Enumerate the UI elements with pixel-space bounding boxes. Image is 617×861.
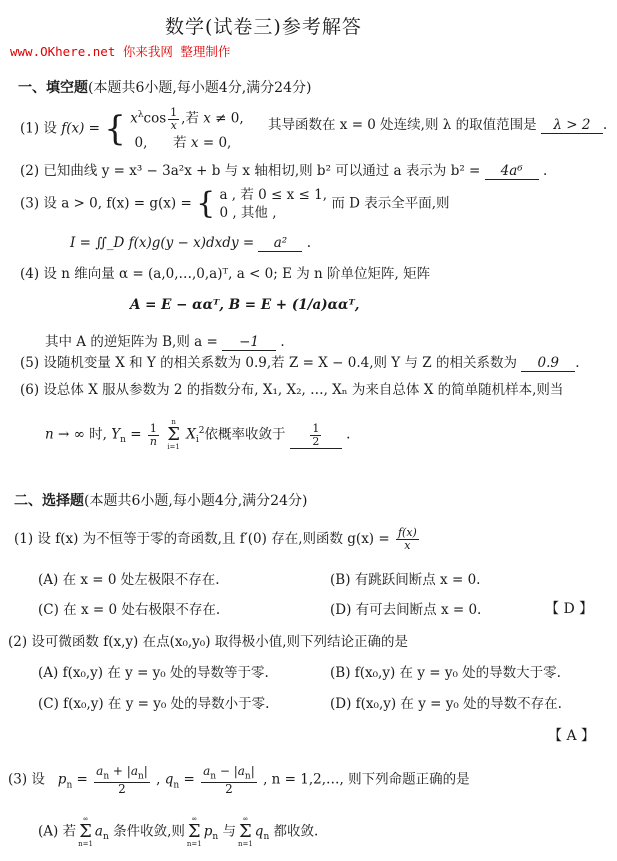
question-number: (2) [8,634,27,650]
answer-bracket: 【 A 】 [548,725,595,745]
choice-question-3: (3) 设 pn = an + |an|2 , qn = an − |an|2 … [8,765,470,795]
question-number: (4) [20,266,39,282]
fill-question-4-formula: A = E − ααᵀ, B = E + (1/a)ααᵀ, [130,297,359,313]
question-text: 已知曲线 y = x³ − 3a²x + b 与 x 轴相切,则 b² 可以通过… [43,163,480,179]
summation-icon: ∞Σn=1 [187,815,202,849]
page-title: 数学(试卷三)参考解答 [165,12,362,39]
question-number: (6) [20,382,39,398]
section2-title: 二、选择题 [14,493,84,509]
period: . [543,163,547,179]
question-text: 设总体 X 服从参数为 2 的指数分布, X₁, X₂, …, Xₙ 为来自总体… [43,382,563,398]
question-text: , n = 1,2,…, 则下列命题正确的是 [263,772,470,788]
question-text-2: 其中 A 的逆矩阵为 B,则 a = [45,334,218,350]
fill-question-6: (6) 设总体 X 服从参数为 2 的指数分布, X₁, X₂, …, Xₙ 为… [20,378,563,398]
question-text-2: 而 D 表示全平面,则 [331,196,449,212]
period: . [603,117,607,133]
choice-option-A: (A) 若∞Σn=1an 条件收敛,则∞Σn=1pn 与∞Σn=1qn 都收敛. [38,815,318,849]
answer-blank: 0.9 [521,355,575,372]
question-number: (3) [20,196,39,212]
case-2: 0 , 其他 , [219,204,327,222]
option-text: 在 x = 0 处右极限不存在. [63,602,220,618]
case-1: a , 若 0 ≤ x ≤ 1, [219,186,327,204]
section2-subtitle: (本题共6小题,每小题4分,满分24分) [84,493,307,509]
answer-blank: 12 [290,423,342,449]
fill-question-5: (5) 设随机变量 X 和 Y 的相关系数为 0.9,若 Z = X − 0.4… [20,351,580,372]
option-text: f(x₀,y) 在 y = y₀ 处的导数不存在. [356,696,562,712]
fill-question-2: (2) 已知曲线 y = x³ − 3a²x + b 与 x 轴相切,则 b² … [20,159,547,180]
question-text: 设随机变量 X 和 Y 的相关系数为 0.9,若 Z = X − 0.4,则 Y… [43,355,517,371]
choice-option-A: (A) 在 x = 0 处左极限不存在. [38,568,220,588]
fill-question-1: (1) 设 f(x) = { xλcos1x,若 x ≠ 0, 0, 若 x =… [20,104,244,154]
section1-heading: 一、填空题(本题共6小题,每小题4分,满分24分) [18,77,311,97]
option-text: 有跳跃间断点 x = 0. [355,572,481,588]
fill-question-4-text2: 其中 A 的逆矩阵为 B,则 a = −1 . [45,330,285,351]
left-brace: { [196,186,215,221]
case-2: 0, 若 x = 0, [130,132,243,154]
answer-blank: 4a⁶ [485,163,539,180]
choice-option-A: (A) f(x₀,y) 在 y = y₀ 处的导数等于零. [38,661,269,681]
choice-question-1: (1) 设 f(x) 为不恒等于零的奇函数,且 f′(0) 存在,则函数 g(x… [14,527,421,552]
choice-option-B: (B) f(x₀,y) 在 y = y₀ 处的导数大于零. [330,661,561,681]
question-number: (3) [8,772,27,788]
option-label: (C) [38,696,59,712]
period: . [575,355,579,371]
option-label: (A) [38,665,58,681]
function-label: f(x) = [61,120,100,136]
choice-question-2: (2) 设可微函数 f(x,y) 在点(x₀,y₀) 取得极小值,则下列结论正确… [8,630,408,650]
option-text: f(x₀,y) 在 y = y₀ 处的导数等于零. [63,665,269,681]
piecewise-cases: a , 若 0 ≤ x ≤ 1, 0 , 其他 , [219,186,327,222]
fill-question-3: (3) 设 a > 0, f(x) = g(x) = { a , 若 0 ≤ x… [20,186,450,222]
option-label: (D) [330,602,351,618]
answer-bracket: 【 D 】 [545,598,593,618]
option-label: (A) [38,824,58,840]
option-text: f(x₀,y) 在 y = y₀ 处的导数大于零. [355,665,561,681]
summation-icon: nΣi=1 [167,418,180,452]
option-label: (A) [38,572,58,588]
answer-blank: λ > 2 [541,117,603,134]
piecewise-cases: xλcos1x,若 x ≠ 0, 0, 若 x = 0, [130,104,243,154]
section2-heading: 二、选择题(本题共6小题,每小题4分,满分24分) [14,490,307,510]
option-label: (B) [330,665,350,681]
watermark: www.OKhere.net 你来我网 整理制作 [10,42,230,60]
question-text: 设 n 维向量 α = (a,0,…,0,a)ᵀ, a < 0; E 为 n 阶… [43,266,430,282]
choice-option-B: (B) 有跳跃间断点 x = 0. [330,568,480,588]
question-text: 其导函数在 x = 0 处连续,则 λ 的取值范围是 [268,117,537,133]
question-prefix: 设 [31,772,45,788]
fill-question-6-formula: n → ∞ 时, Yn = 1n nΣi=1 Xi2依概率收敛于 12 . [45,418,350,452]
question-text: 设 f(x) 为不恒等于零的奇函数,且 f′(0) 存在,则函数 g(x) = [37,531,389,547]
option-text: f(x₀,y) 在 y = y₀ 处的导数小于零. [63,696,269,712]
question-number: (5) [20,355,39,371]
fill-question-3-formula: I = ∬_D f(x)g(y − x)dxdy = a² . [70,235,311,252]
period: . [307,235,311,251]
choice-option-D: (D) f(x₀,y) 在 y = y₀ 处的导数不存在. [330,692,562,712]
question-text: 设 a > 0, f(x) = g(x) = [43,196,191,212]
summation-icon: ∞Σn=1 [78,815,93,849]
integral-formula: I = ∬_D f(x)g(y − x)dxdy = [70,235,254,251]
question-number: (1) [20,120,39,136]
answer-blank: −1 [222,334,276,351]
summation-icon: ∞Σn=1 [238,815,253,849]
option-text: 有可去间断点 x = 0. [356,602,482,618]
left-brace: { [104,109,126,149]
choice-option-C: (C) 在 x = 0 处右极限不存在. [38,598,220,618]
question-prefix: 设 [43,120,57,136]
case-1: xλcos1x,若 x ≠ 0, [130,104,243,132]
answer-blank: a² [258,235,302,252]
option-label: (D) [330,696,351,712]
option-label: (B) [330,572,350,588]
fill-question-1-text: 其导函数在 x = 0 处连续,则 λ 的取值范围是 λ > 2. [268,113,607,134]
choice-option-D: (D) 有可去间断点 x = 0. [330,598,481,618]
option-label: (C) [38,602,59,618]
matrix-formula: A = E − ααᵀ, B = E + (1/a)ααᵀ, [130,297,359,313]
period: . [280,334,284,350]
option-text: 在 x = 0 处左极限不存在. [63,572,220,588]
choice-option-C: (C) f(x₀,y) 在 y = y₀ 处的导数小于零. [38,692,269,712]
fill-question-4: (4) 设 n 维向量 α = (a,0,…,0,a)ᵀ, a < 0; E 为… [20,262,430,282]
question-number: (1) [14,531,33,547]
question-text: 设可微函数 f(x,y) 在点(x₀,y₀) 取得极小值,则下列结论正确的是 [31,634,408,650]
question-number: (2) [20,163,39,179]
section1-title: 一、填空题 [18,80,88,96]
section1-subtitle: (本题共6小题,每小题4分,满分24分) [88,80,311,96]
